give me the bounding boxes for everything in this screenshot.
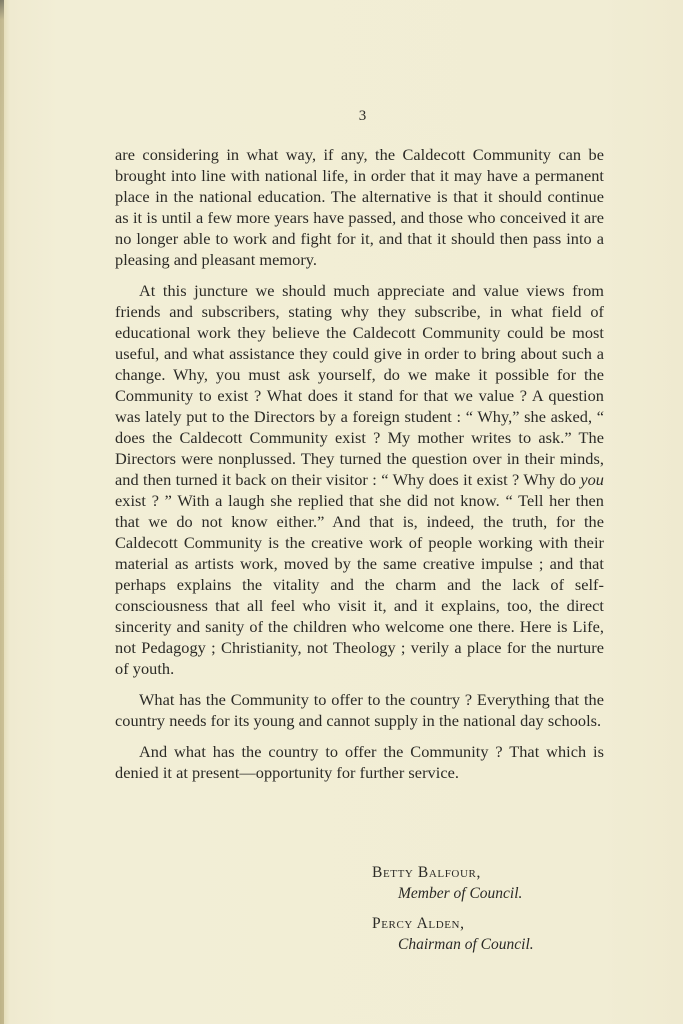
signature-title: Member of Council. — [372, 883, 612, 904]
paragraph-2-part-1: At this juncture we should much apprecia… — [115, 281, 604, 489]
signature-betty-balfour: Betty Balfour, Member of Council. — [372, 862, 612, 904]
signature-title: Chairman of Council. — [372, 934, 612, 955]
signature-name: Percy Alden, — [372, 913, 612, 934]
body-text: are considering in what way, if any, the… — [115, 144, 604, 793]
binding-edge — [0, 0, 4, 1024]
signature-name: Betty Balfour, — [372, 862, 612, 883]
paragraph-1: are considering in what way, if any, the… — [115, 144, 604, 270]
signatures: Betty Balfour, Member of Council. Percy … — [372, 862, 612, 964]
signature-percy-alden: Percy Alden, Chairman of Council. — [372, 913, 612, 955]
paragraph-2-part-2: exist ? ” With a laugh she replied that … — [115, 491, 604, 678]
document-page: 3 are considering in what way, if any, t… — [0, 0, 683, 1024]
paragraph-3: What has the Community to offer to the c… — [115, 689, 604, 731]
page-number: 3 — [0, 108, 683, 125]
paragraph-2-italic: you — [580, 470, 604, 489]
paragraph-2: At this juncture we should much apprecia… — [115, 280, 604, 679]
paragraph-4: And what has the country to offer the Co… — [115, 741, 604, 783]
